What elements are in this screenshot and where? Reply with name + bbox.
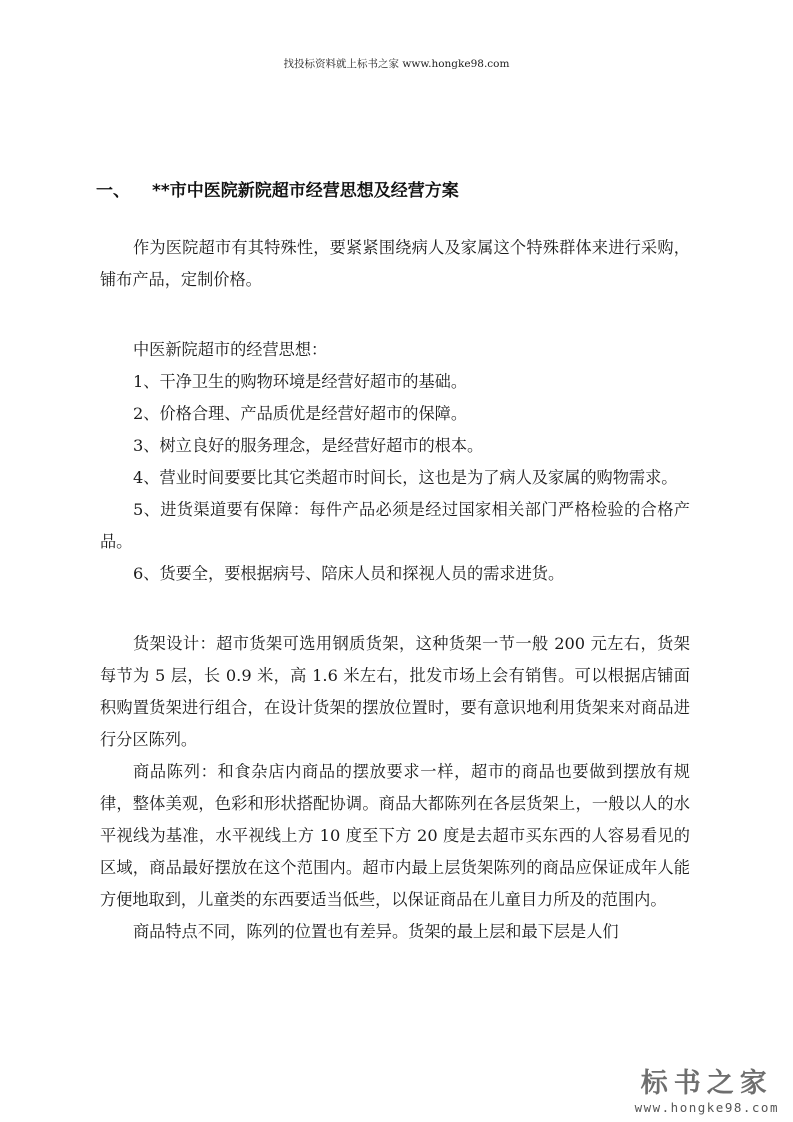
header-note: 找投标资料就上标书之家 www.hongke98.com: [0, 56, 793, 71]
watermark-title: 标书之家: [635, 1068, 779, 1100]
philosophy-item-5: 5、进货渠道要有保障：每件产品必须是经过国家相关部门严格检验的合格产品。: [100, 494, 690, 558]
shelf-design-paragraph: 货架设计：超市货架可选用钢质货架，这种货架一节一般 200 元左右，货架每节为 …: [100, 628, 690, 756]
philosophy-item-4: 4、营业时间要要比其它类超市时间长，这也是为了病人及家属的购物需求。: [100, 462, 690, 494]
philosophy-heading: 中医新院超市的经营思想：: [100, 334, 690, 366]
spacer: [100, 296, 690, 328]
document-body: 作为医院超市有其特殊性，要紧紧围绕病人及家属这个特殊群体来进行采购，铺布产品，定…: [100, 232, 690, 948]
philosophy-item-3: 3、树立良好的服务理念，是经营好超市的根本。: [100, 430, 690, 462]
intro-paragraph: 作为医院超市有其特殊性，要紧紧围绕病人及家属这个特殊群体来进行采购，铺布产品，定…: [100, 232, 690, 296]
philosophy-item-6: 6、货要全，要根据病号、陪床人员和探视人员的需求进货。: [100, 558, 690, 590]
philosophy-item-1: 1、干净卫生的购物环境是经营好超市的基础。: [100, 366, 690, 398]
spacer: [100, 590, 690, 622]
watermark-logo: 标书之家 www.hongke98.com: [635, 1068, 779, 1116]
section-title: 一、**市中医院新院超市经营思想及经营方案: [96, 176, 459, 201]
product-display-paragraph: 商品陈列：和食杂店内商品的摆放要求一样，超市的商品也要做到摆放有规律，整体美观，…: [100, 756, 690, 916]
philosophy-item-2: 2、价格合理、产品质优是经营好超市的保障。: [100, 398, 690, 430]
watermark-url: www.hongke98.com: [635, 1100, 779, 1116]
display-position-paragraph: 商品特点不同，陈列的位置也有差异。货架的最上层和最下层是人们: [100, 916, 690, 948]
section-title-text: **市中医院新院超市经营思想及经营方案: [152, 181, 459, 201]
section-number: 一、: [96, 176, 152, 201]
